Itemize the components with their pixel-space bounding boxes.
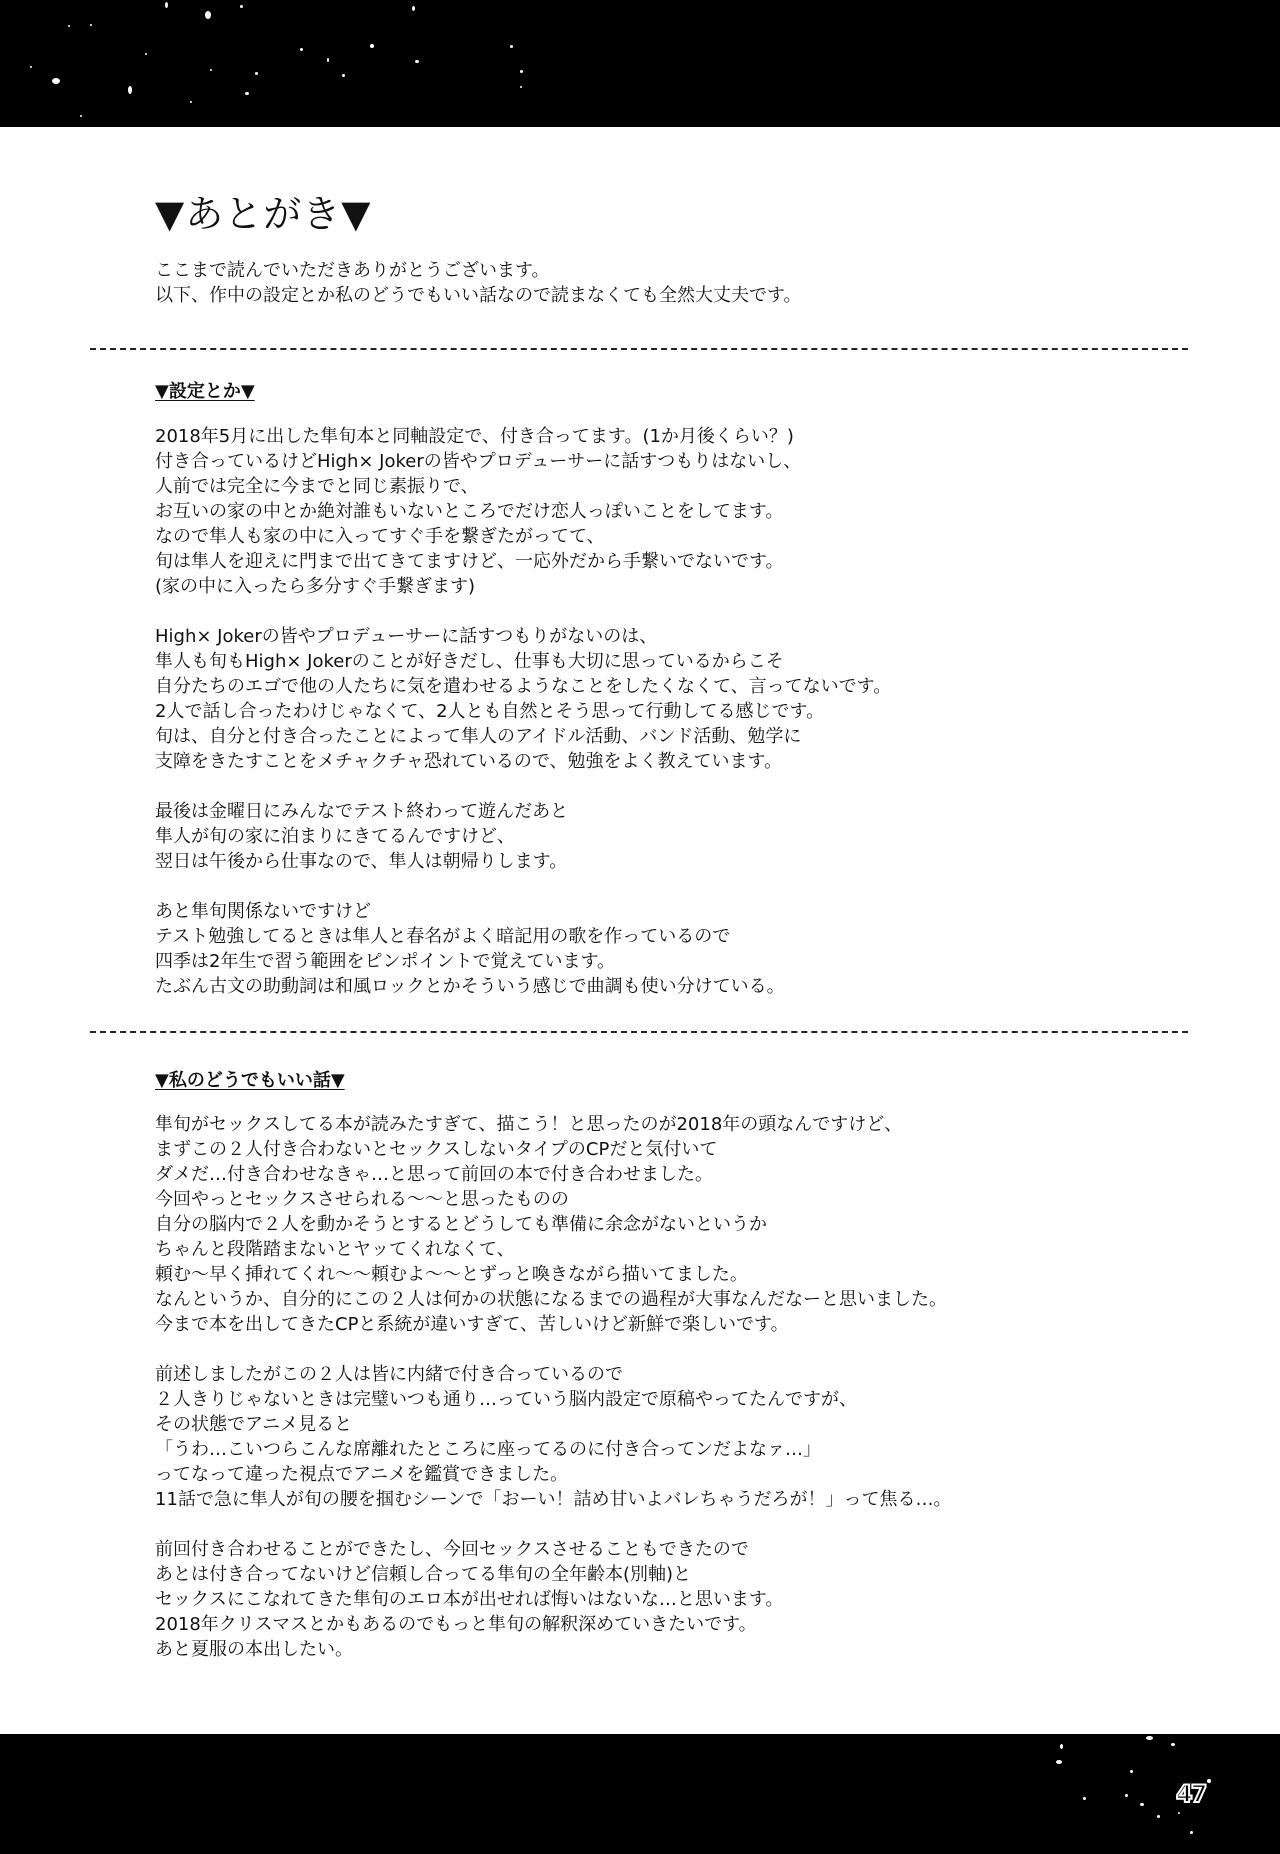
star-speck <box>1146 1736 1153 1740</box>
star-speck <box>245 92 249 95</box>
text-line: テスト勉強してるときは隼人と春名がよく暗記用の歌を作っているので <box>155 924 891 949</box>
star-speck <box>210 69 212 71</box>
intro-line: 以下、作中の設定とか私のどうでもいい話なので読まなくても全然大丈夫です。 <box>155 283 802 308</box>
footer-starfield-band <box>0 1734 1280 1854</box>
star-speck <box>128 86 132 94</box>
text-line: 2018年5月に出した隼旬本と同軸設定で、付き合ってます。(1か月後くらい？) <box>155 424 891 449</box>
paragraph: High× Jokerの皆やプロデューサーに話すつもりがないのは、 隼人も旬もH… <box>155 624 891 774</box>
star-speck <box>300 48 303 51</box>
text-line: まずこの２人付き合わないとセックスしないタイプのCPだと気付いて <box>155 1137 952 1162</box>
star-speck <box>255 72 258 75</box>
text-line: High× Jokerの皆やプロデューサーに話すつもりがないのは、 <box>155 624 891 649</box>
text-line: 2018年クリスマスとかもあるのでもっと隼旬の解釈深めていきたいです。 <box>155 1612 952 1637</box>
paragraph: 前回付き合わせることができたし、今回セックスさせることもできたので あとは付き合… <box>155 1537 952 1662</box>
star-speck <box>1083 1797 1086 1800</box>
header-starfield-band <box>0 0 1280 127</box>
star-speck <box>342 74 345 77</box>
star-speck <box>1157 1815 1160 1818</box>
star-speck <box>1125 1794 1128 1797</box>
text-line: たぶん古文の助動詞は和風ロックとかそういう感じで曲調も使い分けている。 <box>155 974 891 999</box>
star-speck <box>520 86 522 88</box>
intro-text: ここまで読んでいただきありがとうございます。 以下、作中の設定とか私のどうでもい… <box>155 258 802 308</box>
text-line: 「うわ…こいつらこんな席離れたところに座ってるのに付き合ってンだよなァ…」 <box>155 1437 952 1462</box>
text-line: あと隼旬関係ないですけど <box>155 899 891 924</box>
text-line: 人前では完全に今までと同じ素振りで、 <box>155 474 891 499</box>
text-line: なんというか、自分的にこの２人は何かの状態になるまでの過程が大事なんだなーと思い… <box>155 1287 952 1312</box>
text-line: 自分たちのエゴで他の人たちに気を遣わせるようなことをしたくなくて、言ってないです… <box>155 674 891 699</box>
text-line: 旬は隼人を迎えに門まで出てきてますけど、一応外だから手繋いでないです。 <box>155 549 891 574</box>
dashed-divider <box>90 1031 1188 1033</box>
text-line: 前述しましたがこの２人は皆に内緒で付き合っているので <box>155 1362 952 1387</box>
text-line: 支障をきたすことをメチャクチャ恐れているので、勉強をよく教えています。 <box>155 749 891 774</box>
star-speck <box>1060 1744 1063 1749</box>
dashed-divider <box>90 348 1188 350</box>
text-line: 前回付き合わせることができたし、今回セックスさせることもできたので <box>155 1537 952 1562</box>
star-speck <box>1140 1803 1144 1806</box>
text-line: 翌日は午後から仕事なので、隼人は朝帰りします。 <box>155 849 891 874</box>
text-line: 隼旬がセックスしてる本が読みたすぎて、描こう！と思ったのが2018年の頭なんです… <box>155 1112 952 1137</box>
text-line: 隼人が旬の家に泊まりにきてるんですけど、 <box>155 824 891 849</box>
intro-line: ここまで読んでいただきありがとうございます。 <box>155 258 802 283</box>
star-speck <box>165 2 168 8</box>
page-number: 47 <box>1176 1780 1205 1808</box>
star-speck <box>190 101 192 103</box>
star-speck <box>370 44 374 48</box>
star-speck <box>1056 1760 1062 1764</box>
star-speck <box>1207 1779 1211 1783</box>
text-line: 今回やっとセックスさせられる～～と思ったものの <box>155 1187 952 1212</box>
star-speck <box>90 24 92 26</box>
text-line: セックスにこなれてきた隼旬のエロ本が出せれば悔いはないな…と思います。 <box>155 1587 952 1612</box>
text-line: 隼人も旬もHigh× Jokerのことが好きだし、仕事も大切に思っているからこそ <box>155 649 891 674</box>
star-speck <box>510 45 513 48</box>
star-speck <box>145 53 147 55</box>
star-speck <box>68 25 70 27</box>
text-line: その状態でアニメ見ると <box>155 1412 952 1437</box>
text-line: お互いの家の中とか絶対誰もいないところでだけ恋人っぽいことをしてます。 <box>155 499 891 524</box>
text-line: なので隼人も家の中に入ってすぐ手を繋ぎたがってて、 <box>155 524 891 549</box>
text-line: 付き合っているけどHigh× Jokerの皆やプロデューサーに話すつもりはないし… <box>155 449 891 474</box>
star-speck <box>520 70 523 73</box>
star-speck <box>1178 1812 1180 1814</box>
star-speck <box>1190 1831 1193 1834</box>
text-line: 11話で急に隼人が旬の腰を掴むシーンで「おーい！詰め甘いよバレちゃうだろが！」っ… <box>155 1487 952 1512</box>
star-speck <box>30 66 32 68</box>
star-speck <box>415 60 419 63</box>
text-line: 旬は、自分と付き合ったことによって隼人のアイドル活動、バンド活動、勉学に <box>155 724 891 749</box>
star-speck <box>327 58 329 62</box>
section-heading-settings: ▼設定とか▼ <box>155 377 255 403</box>
paragraph: あと隼旬関係ないですけど テスト勉強してるときは隼人と春名がよく暗記用の歌を作っ… <box>155 899 891 999</box>
text-line: ってなって違った視点でアニメを鑑賞できました。 <box>155 1462 952 1487</box>
text-line: 四季は2年生で習う範囲をピンポイントで覚えています。 <box>155 949 891 974</box>
star-speck <box>205 11 211 19</box>
text-line: ダメだ…付き合わせなきゃ…と思って前回の本で付き合わせました。 <box>155 1162 952 1187</box>
text-line: 2人で話し合ったわけじゃなくて、2人とも自然とそう思って行動してる感じです。 <box>155 699 891 724</box>
text-line: 頼む～早く挿れてくれ～～頼むよ～～とずっと喚きながら描いてました。 <box>155 1262 952 1287</box>
star-speck <box>52 78 60 84</box>
star-speck <box>412 6 415 11</box>
paragraph: 隼旬がセックスしてる本が読みたすぎて、描こう！と思ったのが2018年の頭なんです… <box>155 1112 952 1337</box>
star-speck <box>1130 1770 1133 1773</box>
section-personal-body: 隼旬がセックスしてる本が読みたすぎて、描こう！と思ったのが2018年の頭なんです… <box>155 1112 952 1662</box>
text-line: 最後は金曜日にみんなでテスト終わって遊んだあと <box>155 799 891 824</box>
text-line: ２人きりじゃないときは完璧いつも通り…っていう脳内設定で原稿やってたんですが、 <box>155 1387 952 1412</box>
section-heading-personal: ▼私のどうでもいい話▼ <box>155 1066 345 1092</box>
text-line: 今まで本を出してきたCPと系統が違いすぎて、苦しいけど新鮮で楽しいです。 <box>155 1312 952 1337</box>
paragraph: 前述しましたがこの２人は皆に内緒で付き合っているので ２人きりじゃないときは完璧… <box>155 1362 952 1512</box>
star-speck <box>1171 1743 1175 1746</box>
text-line: ちゃんと段階踏まないとヤッてくれなくて、 <box>155 1237 952 1262</box>
text-line: あと夏服の本出したい。 <box>155 1637 952 1662</box>
paragraph: 最後は金曜日にみんなでテスト終わって遊んだあと 隼人が旬の家に泊まりにきてるんで… <box>155 799 891 874</box>
star-speck <box>80 115 82 117</box>
paragraph: 2018年5月に出した隼旬本と同軸設定で、付き合ってます。(1か月後くらい？) … <box>155 424 891 599</box>
section-settings-body: 2018年5月に出した隼旬本と同軸設定で、付き合ってます。(1か月後くらい？) … <box>155 424 891 999</box>
text-line: (家の中に入ったら多分すぐ手繋ぎます) <box>155 574 891 599</box>
text-line: あとは付き合ってないけど信頼し合ってる隼旬の全年齢本(別軸)と <box>155 1562 952 1587</box>
star-speck <box>240 5 243 8</box>
page-title: ▼あとがき▼ <box>155 183 371 238</box>
text-line: 自分の脳内で２人を動かそうとするとどうしても準備に余念がないというか <box>155 1212 952 1237</box>
